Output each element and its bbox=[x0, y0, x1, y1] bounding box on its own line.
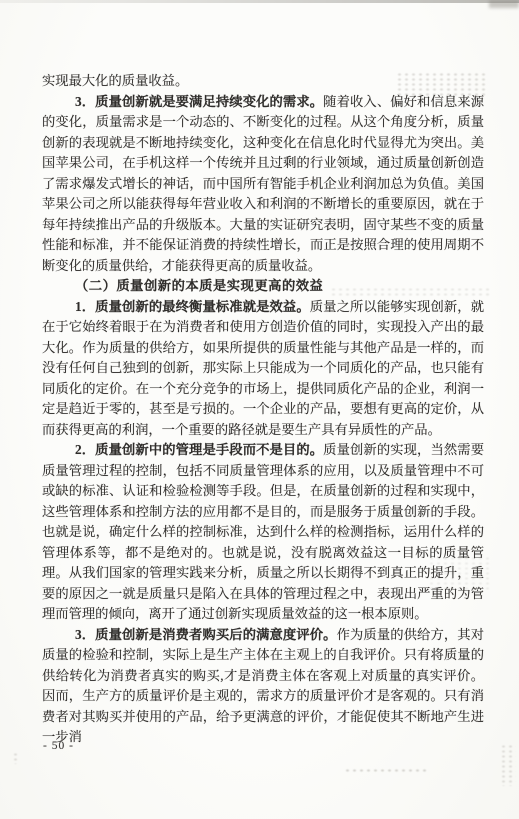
paragraph-text: 质量创新的实现，当然需要质量管理过程的控制，包括不同质量管理体系的应用，以及质量… bbox=[42, 442, 484, 621]
scan-noise bbox=[12, 752, 20, 764]
page-body: 实现最大化的质量收益。 3．质量创新就是要满足持续变化的需求。随着收入、偏好和信… bbox=[42, 71, 484, 748]
paragraph-text: 作为质量的供给方，其对质量的检验和控制，实际上是生产主体在主观上的自我评价。只有… bbox=[42, 627, 484, 745]
section-subheading: （二）质量创新的本质是实现更高的效益 bbox=[42, 276, 484, 297]
paragraph-lead: 1．质量创新的最终衡量标准就是效益。 bbox=[75, 299, 310, 314]
scan-noise bbox=[344, 768, 428, 773]
scan-noise bbox=[500, 744, 516, 786]
paragraph-item-2-management: 2．质量创新中的管理是手段而不是目的。质量创新的实现，当然需要质量管理过程的控制… bbox=[42, 440, 484, 625]
scanned-book-page: 实现最大化的质量收益。 3．质量创新就是要满足持续变化的需求。随着收入、偏好和信… bbox=[0, 0, 519, 819]
paragraph-text: 质量之所以能够实现创新，就在于它始终着眼于在为消费者和使用方创造价值的同时，实现… bbox=[42, 299, 484, 437]
paragraph-item-1-benefit: 1．质量创新的最终衡量标准就是效益。质量之所以能够实现创新，就在于它始终着眼于在… bbox=[42, 297, 484, 441]
scan-edge-artifact bbox=[0, 0, 519, 3]
paragraph-continuation: 实现最大化的质量收益。 bbox=[42, 71, 484, 92]
paragraph-lead: 2．质量创新中的管理是手段而不是目的。 bbox=[75, 442, 323, 457]
paragraph-item-3-needs: 3．质量创新就是要满足持续变化的需求。随着收入、偏好和信息来源的变化，质量需求是… bbox=[42, 92, 484, 277]
scan-corner-artifact bbox=[489, 0, 519, 8]
paragraph-text: 随着收入、偏好和信息来源的变化，质量需求是一个动态的、不断变化的过程。从这个角度… bbox=[42, 94, 484, 273]
paragraph-lead: 3．质量创新是消费者购买后的满意度评价。 bbox=[75, 627, 337, 642]
paragraph-item-3-satisfaction: 3．质量创新是消费者购买后的满意度评价。作为质量的供给方，其对质量的检验和控制，… bbox=[42, 625, 484, 748]
paragraph-text: 实现最大化的质量收益。 bbox=[42, 73, 188, 88]
page-number: - 50 - bbox=[43, 740, 74, 752]
subheading-text: （二）质量创新的本质是实现更高的效益 bbox=[75, 278, 323, 293]
paragraph-lead: 3．质量创新就是要满足持续变化的需求。 bbox=[75, 94, 323, 109]
